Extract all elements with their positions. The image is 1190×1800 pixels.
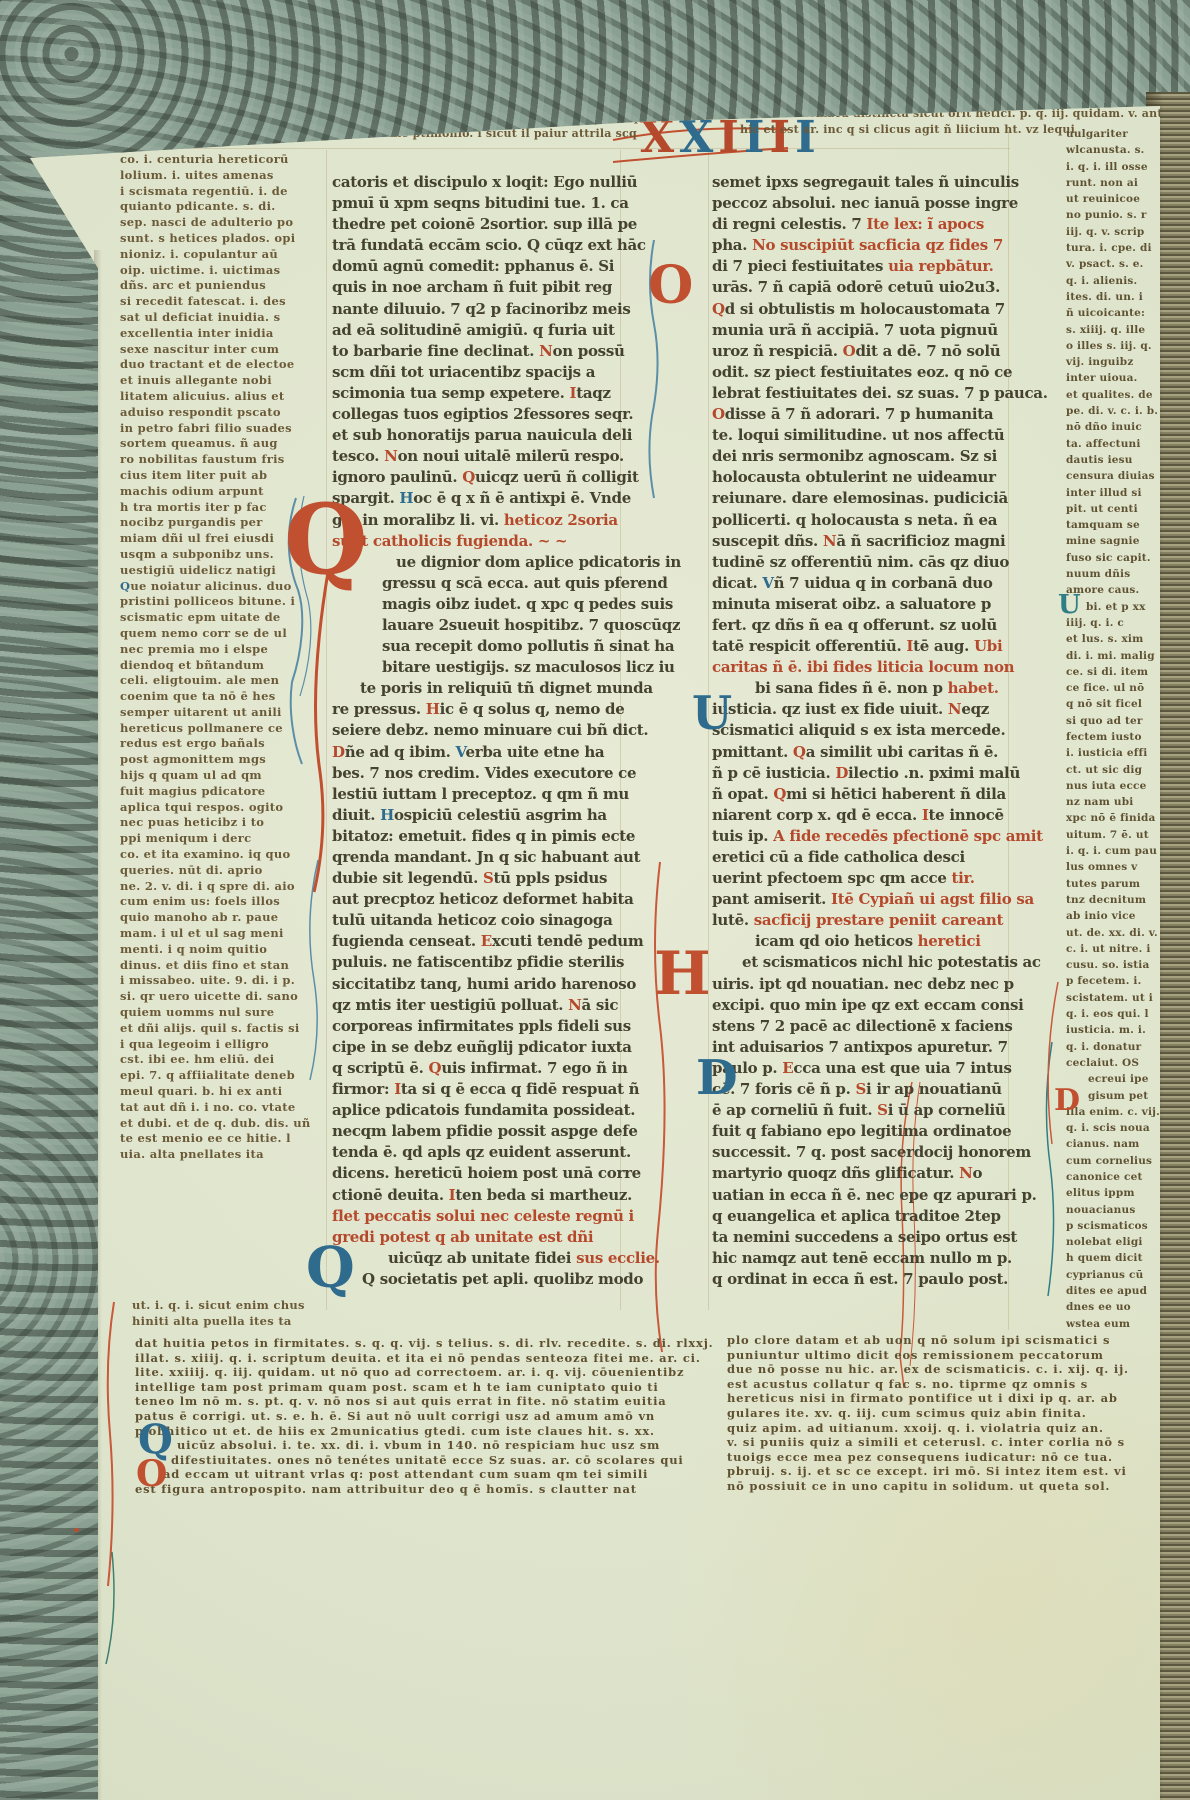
text-line: firmor: Ita si q ē ecca q fidē respuat ñ bbox=[332, 1079, 628, 1100]
initial-q-blue: Q bbox=[306, 1240, 355, 1296]
text-line: h quem dicit bbox=[1066, 1250, 1160, 1266]
text-line: tuoigs ecce mea pez consequens iudicatur… bbox=[727, 1450, 1067, 1465]
text-line: dat huitia petos in firmitates. s. q. q.… bbox=[135, 1336, 687, 1351]
commentary-left-block: dat huitia petos in firmitates. s. q. q.… bbox=[135, 1336, 687, 1497]
text-line: co. i. centuria hereticorū bbox=[120, 152, 332, 168]
initial-o-commentary: O bbox=[136, 1456, 167, 1492]
text-line: teneo lm nō m. s. pt. q. v. nō nos si au… bbox=[135, 1394, 687, 1409]
text-line: martyrio quoqz dñs glificatur. No bbox=[712, 1163, 1012, 1184]
text-line: trā fundatā eccām scio. Q cūqz ext hāc bbox=[332, 235, 628, 256]
text-line: ce fice. ul nō bbox=[1066, 680, 1160, 696]
text-line: diuit. Hospiciū celestiū asgrim ha bbox=[332, 805, 628, 826]
text-line: tamquam se bbox=[1066, 517, 1160, 533]
commentary-pre-lines: ut. i. q. i. sicut enim chushiniti alta … bbox=[132, 1298, 392, 1330]
text-line: et dñi alijs. quil s. factis si bbox=[120, 1021, 332, 1037]
text-line: ceclaiut. OS bbox=[1066, 1055, 1160, 1071]
text-line: uulgariter bbox=[1066, 126, 1160, 142]
text-line: quiz apim. ad uitianum. xxoij. q. i. vio… bbox=[727, 1421, 1067, 1436]
text-line: ē ap corneliū ñ fuit. Si ū ap corneliū bbox=[712, 1100, 1012, 1121]
text-line: siccitatibz tanq, humi arido harenoso bbox=[332, 974, 628, 995]
text-line: illa enim. c. vij. bbox=[1066, 1104, 1160, 1120]
text-line: et lus. s. xim bbox=[1066, 631, 1160, 647]
text-line: puniuntur ultimo dicit eos remissionem p… bbox=[727, 1348, 1067, 1363]
text-line: tatē respicit offerentiū. Itē aug. Ubi bbox=[712, 636, 1012, 657]
text-line: mine sagnie bbox=[1066, 533, 1160, 549]
text-line: celi. eligtouim. ale men bbox=[120, 673, 332, 689]
text-line: iusticia. qz iust ex fide uiuit. Neqz bbox=[712, 699, 1012, 720]
text-line: fuit magius pdicatore bbox=[120, 784, 332, 800]
text-line: diendoq et bñtandum bbox=[120, 658, 332, 674]
initial-d-blue: D bbox=[696, 1054, 738, 1102]
text-line: tura. i. cpe. di bbox=[1066, 240, 1160, 256]
text-line: icam qd oio heticos heretici bbox=[712, 931, 1012, 952]
text-line: s. xiiij. q. ille bbox=[1066, 322, 1160, 338]
text-line: hijs q quam ul ad qm bbox=[120, 768, 332, 784]
text-line: et inuis allegante nobi bbox=[120, 373, 332, 389]
text-line: scismatici aliquid s ex ista mercede. bbox=[712, 720, 1012, 741]
text-line: fugienda censeat. Excuti tendē pedum bbox=[332, 931, 628, 952]
text-line: ad eccam ut uitrant vrlas q: post attend… bbox=[135, 1467, 687, 1482]
left-gloss-column: co. i. centuria hereticorūlolium. i. uit… bbox=[120, 152, 332, 1163]
initial-u-gloss: U bbox=[1058, 592, 1081, 618]
text-line: xpc nō ē finida bbox=[1066, 810, 1160, 826]
text-line: corporeas infirmitates ppls fideli sus bbox=[332, 1016, 628, 1037]
text-line: quem nemo corr se de ul bbox=[120, 626, 332, 642]
text-line: sunt. s hetices plados. opi bbox=[120, 231, 332, 247]
text-line: i qua legeoim i elligro bbox=[120, 1037, 332, 1053]
text-line: Dñe ad q ibim. Verba uite etne ha bbox=[332, 742, 628, 763]
text-line: q nō sit ficel bbox=[1066, 696, 1160, 712]
text-line: gisum pet bbox=[1066, 1088, 1160, 1104]
text-line: reiunare. dare elemosinas. pudiciciā bbox=[712, 488, 1012, 509]
text-line: scistatem. ut i bbox=[1066, 990, 1160, 1006]
text-line: q ordinat in ecca ñ est. 7 paulo post. bbox=[712, 1269, 1012, 1290]
text-line: fuso sic capit. bbox=[1066, 550, 1160, 566]
initial-q-rubric: Q bbox=[284, 492, 368, 588]
text-line: uatian in ecca ñ ē. nec epe qz apurari p… bbox=[712, 1185, 1012, 1206]
text-line: munia urā ñ accipiā. 7 uota pignuū bbox=[712, 320, 1012, 341]
text-line: collegas tuos egiptios 2fessores seqr. bbox=[332, 404, 628, 425]
text-line: censura diuias bbox=[1066, 468, 1160, 484]
text-line: q. i. alienis. bbox=[1066, 273, 1160, 289]
text-line: c. i. ut nitre. i bbox=[1066, 941, 1160, 957]
text-line: minuta miserat oibz. a saluatore p bbox=[712, 594, 1012, 615]
text-line: catoris et discipulo x loqit: Ego nulliū bbox=[332, 172, 628, 193]
right-gloss-column: uulgariterwlcanusta. s.i. q. i. ill osse… bbox=[1066, 126, 1160, 1332]
text-line: i missabeo. uite. 9. di. i p. bbox=[120, 973, 332, 989]
text-line: bitare uestigijs. sz maculosos licz iu bbox=[332, 657, 628, 678]
text-line: p scismaticos bbox=[1066, 1218, 1160, 1234]
text-line: scimonia tua semp expetere. Itaqz bbox=[332, 383, 628, 404]
text-line: te est menio ee ce hitie. l bbox=[120, 1131, 332, 1147]
text-line: intellige tam post primam quam post. sca… bbox=[135, 1380, 687, 1395]
text-line: uicūz absolui. i. te. xx. di. i. vbum in… bbox=[135, 1438, 687, 1453]
text-line: sep. nasci de adulterio po bbox=[120, 215, 332, 231]
text-line: tulū uitanda heticoz coio sinagoga bbox=[332, 910, 628, 931]
text-line: pbruij. s. ij. et sc ce except. iri mō. … bbox=[727, 1464, 1067, 1479]
text-line: vij. inguibz bbox=[1066, 354, 1160, 370]
text-line: dubie sit legendū. Stū ppls psidus bbox=[332, 868, 628, 889]
text-line: nolebat eligi bbox=[1066, 1234, 1160, 1250]
text-line: hereticus nisi in firmato pontifice ut i… bbox=[727, 1391, 1067, 1406]
text-line: o illes s. iij. q. bbox=[1066, 338, 1160, 354]
text-line: q. i. eos qui. l bbox=[1066, 1006, 1160, 1022]
text-line: hiniti alta puella ites ta bbox=[132, 1314, 392, 1330]
text-line: domū agnū comedit: pphanus ē. Si bbox=[332, 256, 628, 277]
text-line: niarent corp x. qd ē ecca. Ite innocē bbox=[712, 805, 1012, 826]
text-line: uitum. 7 ē. ut bbox=[1066, 827, 1160, 843]
text-line: fert. qz dñs ñ ea q offerunt. sz uolū bbox=[712, 615, 1012, 636]
text-line: semet ipxs segregauit tales ñ uinculis bbox=[712, 172, 1012, 193]
text-line: suscepit dñs. Nā ñ sacrificioz magni bbox=[712, 531, 1012, 552]
text-line: patus ē corrigi. ut. s. e. h. ē. Si aut … bbox=[135, 1409, 687, 1424]
text-line: inter uioua. bbox=[1066, 370, 1160, 386]
text-line: excipi. quo min ipe qz ext eccam consi bbox=[712, 995, 1012, 1016]
text-line: eretici cū a fide catholica desci bbox=[712, 847, 1012, 868]
text-line: i. q. i. ill osse bbox=[1066, 159, 1160, 175]
text-line: urās. 7 ñ capiā odorē cetuū uio2u3. bbox=[712, 277, 1012, 298]
text-line: tenda ē. qd apls qz euident asserunt. bbox=[332, 1142, 628, 1163]
text-line: et sub honoratijs parua nauicula deli bbox=[332, 425, 628, 446]
text-line: et scismaticos nichl hic potestatis ac bbox=[712, 952, 1012, 973]
text-line: ut. de. xx. di. v. bbox=[1066, 925, 1160, 941]
text-line: p fecetem. i. bbox=[1066, 973, 1160, 989]
text-line: iusticia. m. i. bbox=[1066, 1022, 1160, 1038]
text-line: te poris in reliquiū tñ dignet munda bbox=[332, 678, 628, 699]
text-line: lestiū iuttam l preceptoz. q qm ñ mu bbox=[332, 784, 628, 805]
text-line: canonice cet bbox=[1066, 1169, 1160, 1185]
text-line: q. i. donatur bbox=[1066, 1039, 1160, 1055]
text-line: pant amiserit. Itē Cypiañ ui agst filio … bbox=[712, 889, 1012, 910]
text-line: scismatic epm uitate de bbox=[120, 610, 332, 626]
text-line: uia. alta pnellates ita bbox=[120, 1147, 332, 1163]
text-line: flet peccatis solui nec celeste regnū i bbox=[332, 1206, 628, 1227]
text-line: p obhitico ut et. de hiis ex 2municatius… bbox=[135, 1424, 687, 1439]
text-line: aduiso respondit pscato bbox=[120, 405, 332, 421]
text-line: lus omnes v bbox=[1066, 859, 1160, 875]
text-line: v. si puniis quiz a simili et ceterusl. … bbox=[727, 1435, 1067, 1450]
text-line: ro nobilitas faustum fris bbox=[120, 452, 332, 468]
text-line: ad eā solitudinē amigiū. q furia uit bbox=[332, 320, 628, 341]
text-line: thedre pet coionē 2sortior. sup illā pe bbox=[332, 214, 628, 235]
text-line: illat. s. xiiij. q. i. scriptum deuita. … bbox=[135, 1351, 687, 1366]
text-line: ue dignior dom aplice pdicatoris in bbox=[332, 552, 628, 573]
text-line: ab inio vice bbox=[1066, 908, 1160, 924]
text-line: nō dño inuic bbox=[1066, 419, 1160, 435]
text-line: ctionē deuita. Iten beda si martheuz. bbox=[332, 1185, 628, 1206]
text-line: hic et est ar. inc q si clicus agit ñ li… bbox=[740, 122, 1070, 138]
text-line: di regni celestis. 7 Ite lex: ĩ apocs bbox=[712, 214, 1012, 235]
text-line: redus est ergo bañals bbox=[120, 736, 332, 752]
text-line: odit. sz piect festiuitates eoz. q nō ce bbox=[712, 362, 1012, 383]
text-line: elitus ippm bbox=[1066, 1185, 1160, 1201]
text-line: coenim que ta nō ē hes bbox=[120, 689, 332, 705]
text-line: Qd si obtulistis m holocaustomata 7 bbox=[712, 299, 1012, 320]
text-line: di. i. mi. malig bbox=[1066, 648, 1160, 664]
text-line: spargit. Hoc ē q x ñ ē antixpi ē. Vnde bbox=[332, 488, 628, 509]
text-line: dites ee apud bbox=[1066, 1283, 1160, 1299]
text-line: wlcanusta. s. bbox=[1066, 142, 1160, 158]
text-line: nz nam ubi bbox=[1066, 794, 1160, 810]
text-line: pit. ut centi bbox=[1066, 501, 1160, 517]
text-line: est figura antropospito. nam attribuitur… bbox=[135, 1482, 687, 1497]
text-line: tudinē sz offerentiū nim. cās qz diuo bbox=[712, 552, 1012, 573]
text-line: ta nemini succedens a seipo ortus est bbox=[712, 1227, 1012, 1248]
text-line: cusu. so. istia bbox=[1066, 957, 1160, 973]
text-line: scm dñi tot uriacentibz spacijs a bbox=[332, 362, 628, 383]
text-line: litatem alicuius. alius et bbox=[120, 389, 332, 405]
text-line: dñs. arc et puniendus bbox=[120, 278, 332, 294]
initial-o-red: O bbox=[648, 260, 693, 312]
text-line: stens 7 2 pacē ac dilectionē x faciens bbox=[712, 1016, 1012, 1037]
text-line: epi. 7. q affiialitate deneb bbox=[120, 1068, 332, 1084]
text-line: est acustus collatur q fac s. no. tiprme… bbox=[727, 1377, 1067, 1392]
text-line: dicens. hereticū hoiem post unā corre bbox=[332, 1163, 628, 1184]
text-line: magis oibz iudet. q xpc q pedes suis bbox=[332, 594, 628, 615]
text-line: lutē. sacficij prestare peniit careant bbox=[712, 910, 1012, 931]
text-line: gg. in moralibz li. vi. heticoz 2soria bbox=[332, 510, 628, 531]
text-line: ñ opat. Qmi si hētici haberent ñ dila bbox=[712, 784, 1012, 805]
text-line: aplica tqui respos. ogito bbox=[120, 800, 332, 816]
text-line: ne. 2. v. di. i q spre di. aio bbox=[120, 879, 332, 895]
text-line: iij. q. v. scrip bbox=[1066, 224, 1160, 240]
text-line: cipe in se debz euñglij pdicator iuxta bbox=[332, 1037, 628, 1058]
text-line: wstea eum bbox=[1066, 1316, 1160, 1332]
text-line: int aduisarios 7 antixpos apuretur. 7 bbox=[712, 1037, 1012, 1058]
text-line: qz mtis iter uestigiū polluat. Nā sic bbox=[332, 995, 628, 1016]
text-line: quis in noe archam ñ fuit pibit reg bbox=[332, 277, 628, 298]
text-line: paulo p. Ecca una est que uia 7 intus bbox=[712, 1058, 1012, 1079]
text-line: plo clore datam et ab uon q nō solum ipi… bbox=[727, 1333, 1067, 1348]
text-line: ut reuinicoe bbox=[1066, 191, 1160, 207]
text-line: queries. nūt di. aprio bbox=[120, 863, 332, 879]
commentary-right-block: plo clore datam et ab uon q nō solum ipi… bbox=[727, 1333, 1067, 1494]
text-line: ta. affectuni bbox=[1066, 436, 1160, 452]
text-line: lebrat festiuitates dei. sz suas. 7 p pa… bbox=[712, 383, 1012, 404]
text-line: necqm labem pfidie possit aspge defe bbox=[332, 1121, 628, 1142]
text-line: lolium. i. uites amenas bbox=[120, 168, 332, 184]
text-line: sat ul deficiat inuidia. s bbox=[120, 310, 332, 326]
text-line: nouacianus bbox=[1066, 1202, 1160, 1218]
text-line: sortem queamus. ñ aug bbox=[120, 436, 332, 452]
text-line: si quo ad ter bbox=[1066, 713, 1160, 729]
text-line: gulares ite. xv. q. iij. cum scimus quiz… bbox=[727, 1406, 1067, 1421]
text-line: tuis ip. A fide recedēs pfectionē spc am… bbox=[712, 826, 1012, 847]
text-line: ñ p cē iusticia. Dilectio .n. pximi malū bbox=[712, 763, 1012, 784]
right-text-column: semet ipxs segregauit tales ñ uinculispe… bbox=[712, 172, 1012, 1290]
text-line: in petro fabri filio suades bbox=[120, 421, 332, 437]
text-line: pollicerti. q holocausta s neta. ñ ea bbox=[712, 510, 1012, 531]
text-line: seiere debz. nemo minuare cui bñ dict. bbox=[332, 720, 628, 741]
text-line: nō possiuit ce in uno capitu in solidum.… bbox=[727, 1479, 1067, 1494]
text-line: i scismata regentiū. i. de bbox=[120, 184, 332, 200]
text-line: nuum dñis bbox=[1066, 566, 1160, 582]
text-line: ppi meniqum i derc bbox=[120, 831, 332, 847]
text-line: oip. uictime. i. uictimas bbox=[120, 263, 332, 279]
manuscript-page: sipato sil accipitur passligam. Et ce fi… bbox=[28, 100, 1160, 1800]
text-line: bes. 7 nos credim. Vides executore ce bbox=[332, 763, 628, 784]
text-line: fuit q fabiano epo legitima ordinatoe bbox=[712, 1121, 1012, 1142]
text-line: q euangelica et aplica traditoe 2tep bbox=[712, 1206, 1012, 1227]
text-line: Q societatis pet apli. quolibz modo bbox=[332, 1269, 628, 1290]
text-line: uroz ñ respiciā. Odit a dē. 7 nō solū bbox=[712, 341, 1012, 362]
text-line: cianus. nam bbox=[1066, 1136, 1160, 1152]
text-line: ñ uicoicante: bbox=[1066, 305, 1160, 321]
text-line: ce. si di. item bbox=[1066, 664, 1160, 680]
text-line: no punio. s. r bbox=[1066, 207, 1160, 223]
text-line: sexe nascitur inter cum bbox=[120, 342, 332, 358]
text-line: dnes ee uo bbox=[1066, 1299, 1160, 1315]
text-line: di 7 pieci festiuitates uia repbātur. bbox=[712, 256, 1012, 277]
text-line: aplice pdicatois fundamita possideat. bbox=[332, 1100, 628, 1121]
text-line: pha. No suscipiūt sacficia qz fides 7 bbox=[712, 235, 1012, 256]
text-line: quio manoho ab r. paue bbox=[120, 910, 332, 926]
text-line: tnz decnitum bbox=[1066, 892, 1160, 908]
text-line: qrenda mandant. Jn q sic habuant aut bbox=[332, 847, 628, 868]
text-line: dei nris sermonibz agnoscam. Sz si bbox=[712, 446, 1012, 467]
text-line: peccoz absolui. nec ianuā posse ingre bbox=[712, 193, 1012, 214]
text-line: nec puas heticibz i to bbox=[120, 815, 332, 831]
text-line: lauare 2sueuit hospitibz. 7 quoscūqz bbox=[332, 615, 628, 636]
text-line: pmuī ū xpm seqns bitudini tue. 1. ca bbox=[332, 193, 628, 214]
text-line: pristini polliceos bitune. i bbox=[120, 594, 332, 610]
text-line: dicat. Vñ 7 uidua q in corbanā duo bbox=[712, 573, 1012, 594]
text-line: cum enim us: foels illos bbox=[120, 894, 332, 910]
text-line: quianto pdicante. s. di. bbox=[120, 199, 332, 215]
text-line: mam. i ul et ul sag meni bbox=[120, 926, 332, 942]
text-line: tat aut dñ i. i no. co. vtate bbox=[120, 1100, 332, 1116]
text-line: ites. di. un. i bbox=[1066, 289, 1160, 305]
text-line: runt. non ai bbox=[1066, 175, 1160, 191]
text-line: gredi potest q ab unitate est dñi bbox=[332, 1227, 628, 1248]
text-line: cyprianus cū bbox=[1066, 1267, 1160, 1283]
text-line: uicūqz ab unitate fidei sus ecclie. bbox=[332, 1248, 628, 1269]
text-line: inter illud si bbox=[1066, 485, 1160, 501]
text-line: te. loqui similitudine. ut nos affectū bbox=[712, 425, 1012, 446]
text-line: v. psact. s. e. bbox=[1066, 256, 1160, 272]
text-line: cum cornelius bbox=[1066, 1153, 1160, 1169]
text-line: excellentia inter inidia bbox=[120, 326, 332, 342]
text-line: quiem uomms nul sure bbox=[120, 1005, 332, 1021]
red-speck bbox=[74, 1528, 79, 1532]
text-line: i. iusticia effi bbox=[1066, 745, 1160, 761]
text-line: i. q. i. cum pau bbox=[1066, 843, 1160, 859]
text-line: uerint pfectoem spc qm acce tir. bbox=[712, 868, 1012, 889]
initial-u-blue: U bbox=[692, 690, 732, 736]
text-line: puluis. ne fatiscentibz pfidie sterilis bbox=[332, 952, 628, 973]
text-line: caritas ñ ē. ibi fides liticia locum non bbox=[712, 657, 1012, 678]
text-line: ignoro paulinū. Quicqz uerū ñ colligit bbox=[332, 467, 628, 488]
text-line: meul quari. b. hi ex anti bbox=[120, 1084, 332, 1100]
text-line: pe. di. v. c. i. b. bbox=[1066, 403, 1160, 419]
text-line: bitatoz: emetuit. fides q in pimis ecte bbox=[332, 826, 628, 847]
text-line: difestiuitates. ones nō tenétes unitatē … bbox=[135, 1453, 687, 1468]
text-line: semper uitarent ut anili bbox=[120, 705, 332, 721]
text-line: fectem iusto bbox=[1066, 729, 1160, 745]
text-line: menti. i q noim quitio bbox=[120, 942, 332, 958]
text-line: nec premia mo i elspe bbox=[120, 642, 332, 658]
text-line: nioniz. i. copulantur aū bbox=[120, 247, 332, 263]
text-line: cius item liter puit ab bbox=[120, 468, 332, 484]
text-line: tesco. Non noui uitalē milerū respo. bbox=[332, 446, 628, 467]
text-line: cst. ibi ee. hm eliū. dei bbox=[120, 1052, 332, 1068]
text-line: nus iuta ecce bbox=[1066, 778, 1160, 794]
text-line: Odisse ā 7 ñ adorari. 7 p humanita bbox=[712, 404, 1012, 425]
text-line: nante diluuio. 7 q2 p facinoribz meis bbox=[332, 299, 628, 320]
text-line: si. qr uero uicette di. sano bbox=[120, 989, 332, 1005]
text-line: sunt catholicis fugienda. ~ ~ bbox=[332, 531, 628, 552]
text-line: to barbarie fine declinat. Non possū bbox=[332, 341, 628, 362]
initial-h-red: H bbox=[654, 944, 711, 1004]
text-line: ecreui ipe bbox=[1066, 1071, 1160, 1087]
text-line: hic namqz aut tenē eccam nullo m p. bbox=[712, 1248, 1012, 1269]
text-line: post agmonittem mgs bbox=[120, 752, 332, 768]
text-line: cē. 7 foris cē ñ p. Si ir ap nouatianū bbox=[712, 1079, 1012, 1100]
text-line: dautis iesu bbox=[1066, 452, 1160, 468]
initial-d-gloss: D bbox=[1054, 1086, 1080, 1116]
text-line: duo tractant et de electoe bbox=[120, 357, 332, 373]
text-line: aut precptoz heticoz deformet habita bbox=[332, 889, 628, 910]
text-line: gressu q scā ecca. aut quis pferend bbox=[332, 573, 628, 594]
text-line: pmittant. Qa similit ubi caritas ñ ē. bbox=[712, 742, 1012, 763]
text-line: dinus. et diis fino et stan bbox=[120, 958, 332, 974]
text-line: si recedit fatescat. i. des bbox=[120, 294, 332, 310]
text-line: holocausta obtulerint ne uideamur bbox=[712, 467, 1012, 488]
text-line: re pressus. Hic ē q solus q, nemo de bbox=[332, 699, 628, 720]
text-line: et dubi. et de q. dub. dis. uñ bbox=[120, 1116, 332, 1132]
text-line: lite. xxiiij. q. iij. quidam. ut nō quo … bbox=[135, 1365, 687, 1380]
text-line: q. i. scis noua bbox=[1066, 1120, 1160, 1136]
text-line: tutes parum bbox=[1066, 876, 1160, 892]
text-line: due nō posse nu hic. ar. ex de scismatic… bbox=[727, 1362, 1067, 1377]
text-line: ct. ut sic dig bbox=[1066, 762, 1160, 778]
text-line: bi sana fides ñ ē. non p habet. bbox=[712, 678, 1012, 699]
text-line: co. et ita examino. iq quo bbox=[120, 847, 332, 863]
left-text-column: catoris et discipulo x loqit: Ego nulliū… bbox=[332, 172, 628, 1290]
text-line: et qualites. de bbox=[1066, 387, 1160, 403]
text-line: successit. 7 q. post sacerdocij honorem bbox=[712, 1142, 1012, 1163]
text-line: uiris. ipt qd nouatian. nec debz nec p bbox=[712, 974, 1012, 995]
text-line: q scriptū ē. Quis infirmat. 7 ego ñ in bbox=[332, 1058, 628, 1079]
text-line: sua recepit domo pollutis ñ sinat ha bbox=[332, 636, 628, 657]
text-line: hereticus pollmanere ce bbox=[120, 721, 332, 737]
